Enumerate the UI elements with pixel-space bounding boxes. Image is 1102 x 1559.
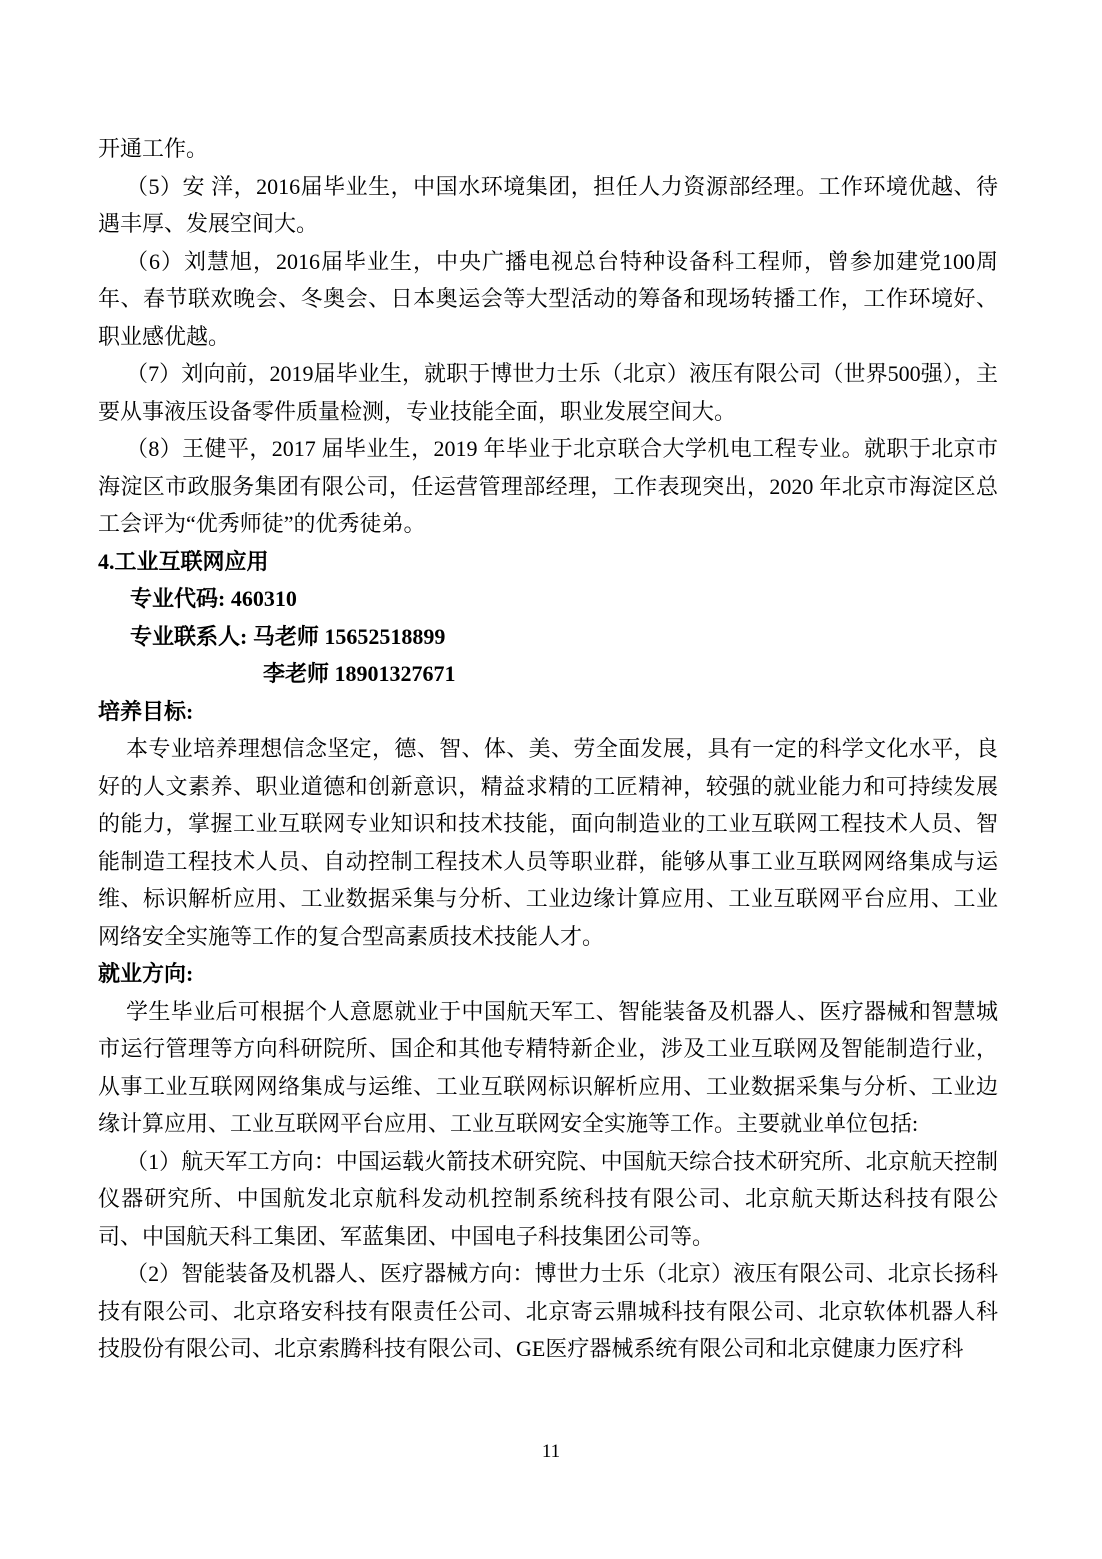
- alumni-paragraph-6: （6）刘慧旭，2016届毕业生，中央广播电视总台特种设备科工程师，曾参加建党10…: [98, 243, 998, 356]
- training-goal-heading: 培养目标:: [98, 693, 998, 731]
- program-section-heading: 4.工业互联网应用: [98, 543, 998, 581]
- program-code-value: 460310: [231, 586, 297, 611]
- employment-intro-paragraph: 学生毕业后可根据个人意愿就业于中国航天军工、智能装备及机器人、医疗器械和智慧城市…: [98, 993, 998, 1143]
- page-number: 11: [0, 1441, 1102, 1463]
- contact-2-phone: 18901327671: [335, 661, 456, 686]
- employment-item-2: （2）智能装备及机器人、医疗器械方向：博世力士乐（北京）液压有限公司、北京长扬科…: [98, 1255, 998, 1368]
- program-contact-label: 专业联系人:: [130, 624, 247, 649]
- employment-direction-heading: 就业方向:: [98, 955, 998, 993]
- program-code-label: 专业代码:: [130, 586, 225, 611]
- employment-item-1: （1）航天军工方向：中国运载火箭技术研究院、中国航天综合技术研究所、北京航天控制…: [98, 1143, 998, 1256]
- alumni-paragraph-7: （7）刘向前，2019届毕业生，就职于博世力士乐（北京）液压有限公司（世界500…: [98, 355, 998, 430]
- program-contact-line-1: 专业联系人: 马老师 15652518899: [98, 618, 998, 656]
- contact-1-name: 马老师: [253, 624, 319, 649]
- training-goal-paragraph: 本专业培养理想信念坚定，德、智、体、美、劳全面发展，具有一定的科学文化水平，良好…: [98, 730, 998, 955]
- page-content: 开通工作。 （5）安 洋，2016届毕业生，中国水环境集团，担任人力资源部经理。…: [98, 130, 998, 1368]
- contact-2-name: 李老师: [263, 661, 329, 686]
- continuation-paragraph: 开通工作。: [98, 130, 998, 168]
- document-page: 开通工作。 （5）安 洋，2016届毕业生，中国水环境集团，担任人力资源部经理。…: [0, 0, 1102, 1559]
- alumni-paragraph-8: （8）王健平，2017 届毕业生，2019 年毕业于北京联合大学机电工程专业。就…: [98, 430, 998, 543]
- program-contact-line-2: 李老师 18901327671: [98, 655, 998, 693]
- program-code-line: 专业代码: 460310: [98, 580, 998, 618]
- contact-1-phone: 15652518899: [324, 624, 445, 649]
- alumni-paragraph-5: （5）安 洋，2016届毕业生，中国水环境集团，担任人力资源部经理。工作环境优越…: [98, 168, 998, 243]
